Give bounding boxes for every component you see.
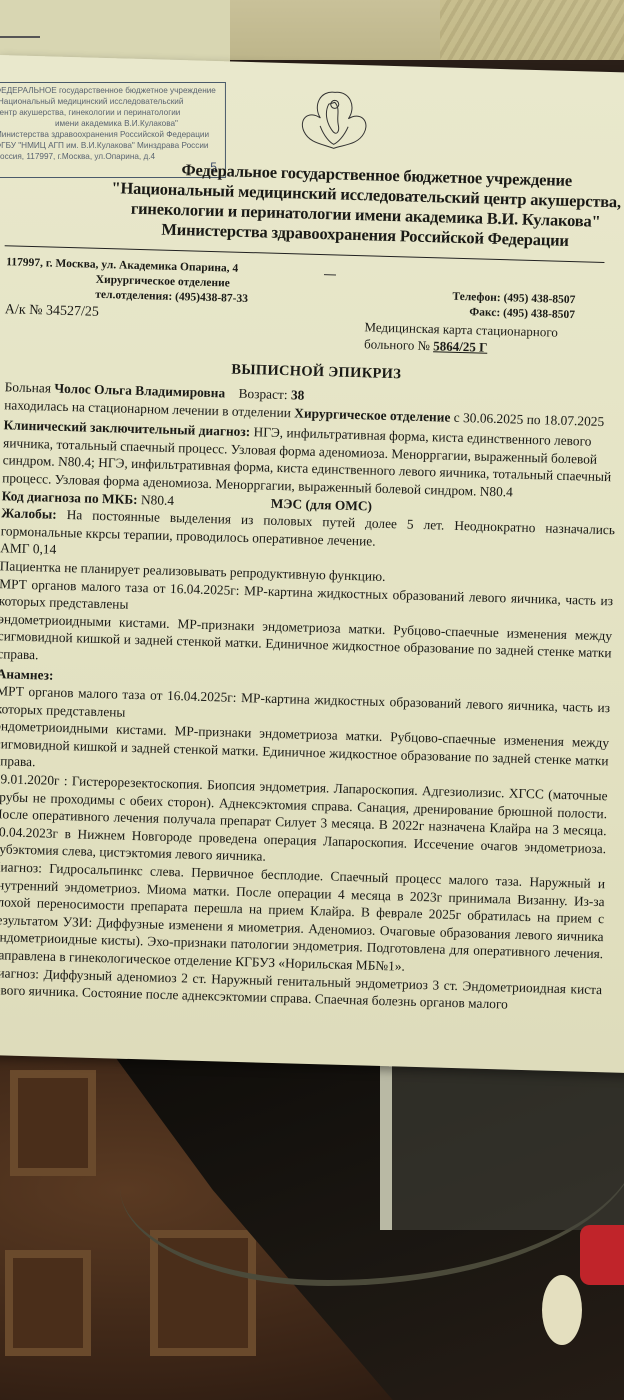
mkb-code: N80.4	[141, 492, 175, 508]
carpet-pattern	[10, 1070, 96, 1176]
stamp-line: "Национальный медицинский исследовательс…	[0, 96, 221, 107]
plastic-file-sleeve	[380, 1050, 624, 1230]
dash-divider	[324, 274, 336, 275]
date-from: 30.06.2025	[463, 410, 524, 427]
card-label: больного №	[364, 336, 430, 353]
age-label: Возраст:	[238, 386, 287, 402]
background-wall-art	[440, 0, 624, 60]
stamp-line: имени академика В.И.Кулакова"	[0, 118, 221, 129]
organization-header: Федеральное государственное бюджетное уч…	[85, 157, 624, 253]
stay-department: Хирургическое отделение	[294, 405, 451, 424]
diagnosis-text: НГЭ, инфильтративная форма, киста единст…	[2, 424, 611, 499]
patient-age: 38	[291, 387, 305, 402]
carpet-pattern	[5, 1250, 91, 1356]
stamp-line: ФЕДЕРАЛЬНОЕ государственное бюджетное уч…	[0, 85, 221, 96]
complaints-label: Жалобы:	[1, 505, 57, 522]
patient-label: Больная	[5, 379, 52, 395]
stamp-line: ФГБУ "НМИЦ АГП им. В.И.Кулакова" Минздра…	[0, 140, 221, 151]
ak-number: А/к № 34527/25	[5, 302, 99, 321]
mkb-label: Код диагноза по МКБ:	[1, 488, 137, 507]
institution-logo-icon	[293, 85, 375, 157]
bottle-cap	[542, 1275, 582, 1345]
mes-label: МЭС (для ОМС)	[271, 495, 373, 513]
red-bottle	[580, 1225, 624, 1285]
card-number: 5864/25 Г	[433, 338, 488, 355]
anamnesis-history: 29.01.2020г : Гистерорезектоскопия. Биоп…	[0, 770, 608, 875]
discharge-summary-document: ФЕДЕРАЛЬНОЕ государственное бюджетное уч…	[0, 55, 624, 1073]
date-to: 18.07.2025	[544, 412, 605, 429]
anamnesis-history: Диагноз: Гидросальпинкс слева. Первичное…	[0, 858, 605, 981]
stamp-line: Министерства здравоохранения Российской …	[0, 129, 221, 140]
address-block: 117997, г. Москва, ул. Академика Опарина…	[5, 255, 249, 307]
document-body: Больная Чолос Ольга Владимировна Возраст…	[0, 378, 619, 1016]
contacts-block: Телефон: (495) 438-8507 Факс: (495) 438-…	[365, 287, 576, 323]
stamp-line: центр акушерства, гинекологии и перинато…	[0, 107, 221, 118]
medical-card-block: Медицинская карта стационарного больного…	[364, 318, 558, 357]
